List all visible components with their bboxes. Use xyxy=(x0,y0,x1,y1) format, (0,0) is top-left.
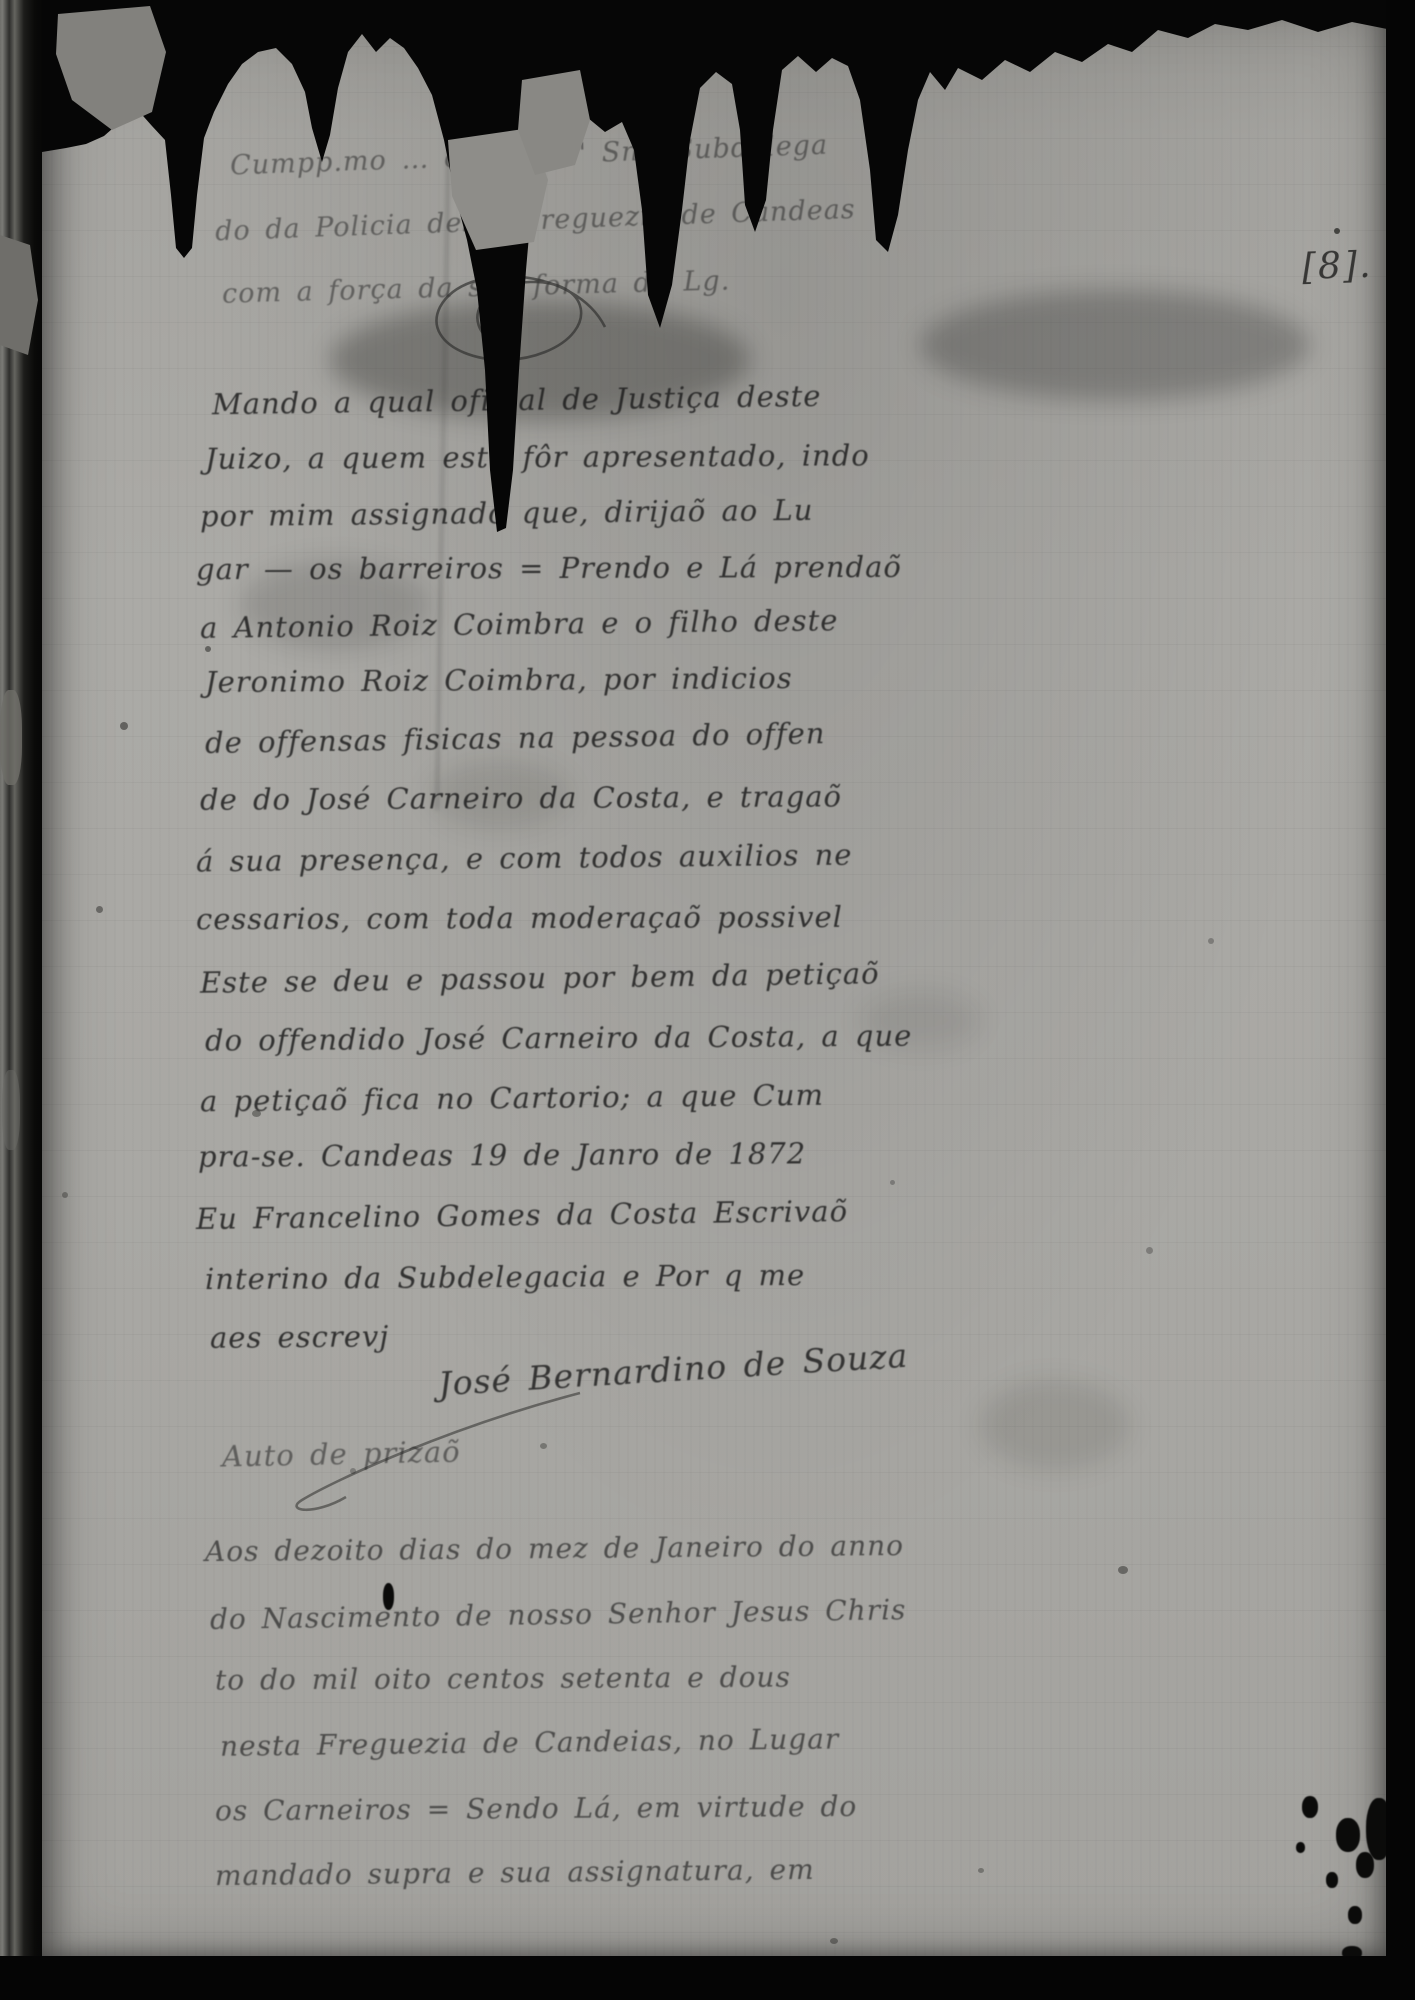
foxing-spot xyxy=(1146,1247,1153,1254)
ink-blot xyxy=(383,1583,394,1610)
paper-fragment xyxy=(0,690,22,785)
scan-edge-bottom xyxy=(0,1956,1415,2000)
foxing-spot xyxy=(978,1868,984,1873)
foxing-spot xyxy=(830,1938,838,1944)
torn-top-edge xyxy=(0,0,1415,560)
handwritten-line: Aos dezoito dias do mez de Janeiro do an… xyxy=(205,1529,904,1568)
foxing-spot xyxy=(205,646,211,652)
foxing-spot xyxy=(540,1443,547,1449)
paper-fragment xyxy=(0,235,38,355)
handwritten-line: aes escrevj xyxy=(210,1319,390,1355)
ink-blot xyxy=(1326,1872,1338,1888)
handwritten-line: pra-se. Candeas 19 de Janro de 1872 xyxy=(198,1136,806,1173)
handwritten-line: Jeronimo Roiz Coimbra, por indicios xyxy=(205,661,793,699)
foxing-spot xyxy=(1118,1566,1128,1574)
foxing-spot xyxy=(120,722,128,730)
handwritten-line: mandado supra e sua assignatura, em xyxy=(215,1853,815,1892)
foxing-spot xyxy=(1208,938,1214,944)
scanned-document: Cumpp.mo … ordeno d' Snr. Subdelega do d… xyxy=(0,0,1415,2000)
handwritten-line: interino da Subdelegacia e Por q me xyxy=(205,1258,805,1296)
foxing-spot xyxy=(890,1180,895,1185)
foxing-spot xyxy=(350,1468,356,1474)
scan-edge-right xyxy=(1386,0,1415,2000)
section-heading: Auto de prizaõ xyxy=(222,1435,461,1474)
foxing-spot xyxy=(96,906,103,913)
handwritten-line: os Carneiros = Sendo Lá, em virtude do xyxy=(215,1790,857,1827)
ink-blot xyxy=(1296,1842,1305,1853)
ink-blot xyxy=(1302,1796,1318,1818)
ink-blot xyxy=(1336,1818,1360,1852)
handwritten-line: á sua presença, e com todos auxilios ne xyxy=(196,838,853,879)
foxing-spot xyxy=(252,1110,261,1117)
ink-blot xyxy=(1348,1906,1362,1924)
paper-fragment xyxy=(2,1070,20,1150)
handwritten-line: de do José Carneiro da Costa, e tragaõ xyxy=(200,779,842,816)
handwritten-line: do offendido José Carneiro da Costa, a q… xyxy=(205,1019,913,1058)
ink-smudge xyxy=(980,1380,1130,1470)
foxing-spot xyxy=(62,1192,68,1198)
handwritten-line: cessarios, com toda moderaçaõ possivel xyxy=(196,900,843,936)
handwritten-line: a petiçaõ fica no Cartorio; a que Cum xyxy=(200,1078,824,1119)
handwritten-line: to do mil oito centos setenta e dous xyxy=(215,1660,791,1696)
